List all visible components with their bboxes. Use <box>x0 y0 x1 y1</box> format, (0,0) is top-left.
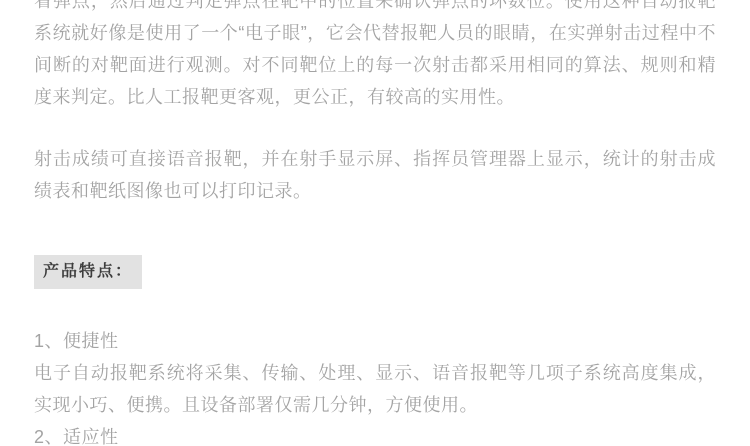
page: { "page": { "background": "#ffffff", "bo… <box>0 0 750 446</box>
document-content: 看弹点，然后通过判定弹点在靶中的位置来确认弹点的环数位。使用这种自动报靶系统就好… <box>0 0 750 446</box>
section-heading: 产品特点： <box>34 255 142 289</box>
section-heading-row: 产品特点： <box>34 255 716 289</box>
intro-paragraph-1: 看弹点，然后通过判定弹点在靶中的位置来确认弹点的环数位。使用这种自动报靶系统就好… <box>34 0 716 113</box>
intro-paragraph-2: 射击成绩可直接语音报靶，并在射手显示屏、指挥员管理器上显示，统计的射击成绩表和靶… <box>34 143 716 207</box>
feature-2-title: 2、适应性 <box>34 421 716 446</box>
feature-list: 1、便捷性 电子自动报靶系统将采集、传输、处理、显示、语音报靶等几项子系统高度集… <box>34 325 716 446</box>
feature-1-body: 电子自动报靶系统将采集、传输、处理、显示、语音报靶等几项子系统高度集成，实现小巧… <box>34 357 716 421</box>
feature-1-title: 1、便捷性 <box>34 325 716 357</box>
